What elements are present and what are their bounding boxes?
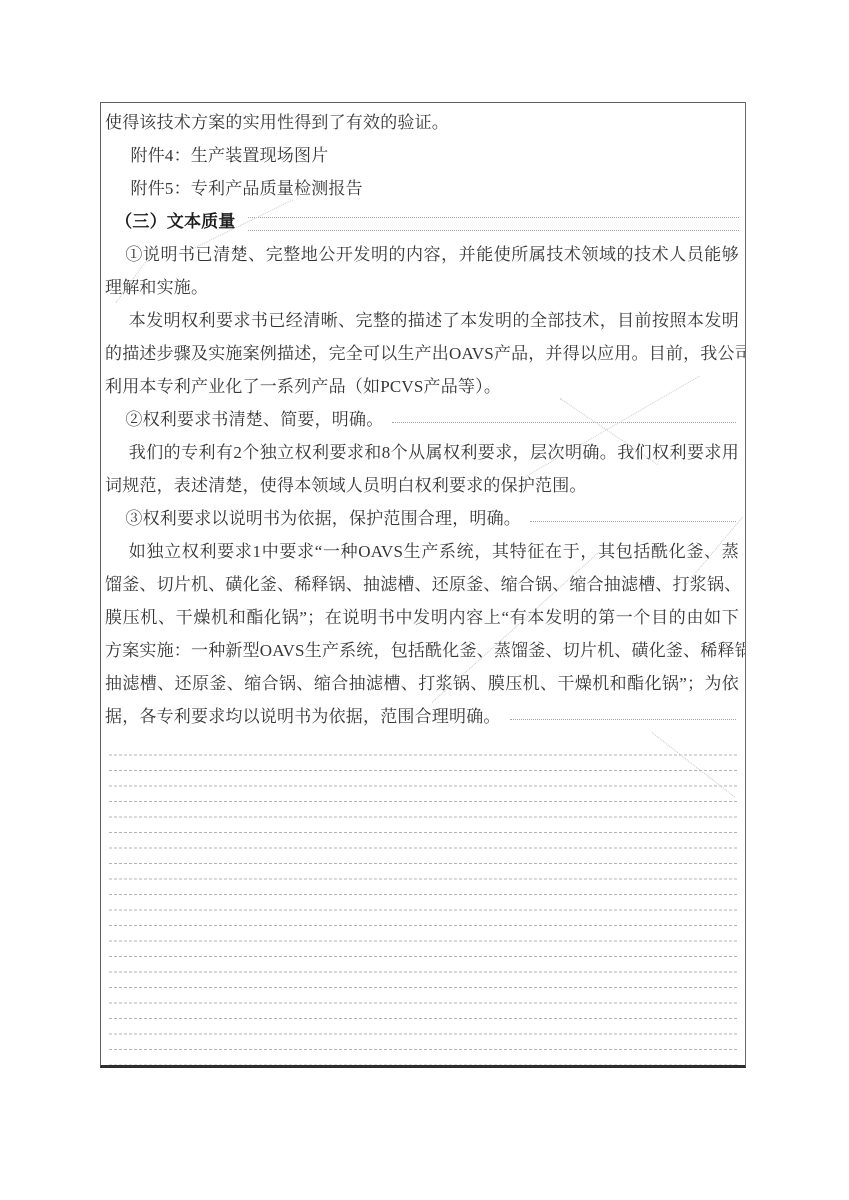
text-line-text: 的描述步骤及实施案例描述，完全可以生产出OAVS产品，并得以应用。目前，我公司	[105, 337, 746, 370]
dotted-rule-trail	[392, 422, 736, 423]
text-line: 抽滤槽、还原釜、缩合锅、缩合抽滤槽、打浆锅、膜压机、干燥机和酯化锅”；为依	[105, 667, 739, 700]
text-line: 的描述步骤及实施案例描述，完全可以生产出OAVS产品，并得以应用。目前，我公司	[105, 337, 739, 370]
text-line-text: 词规范，表述清楚，使得本领域人员明白权利要求的保护范围。	[105, 469, 587, 502]
text-line-text: 附件5：专利产品质量检测报告	[105, 172, 363, 205]
text-line: ③权利要求以说明书为依据，保护范围合理，明确。	[105, 502, 739, 535]
dotted-rule-trail	[530, 521, 736, 522]
text-line: 据，各专利要求均以说明书为依据，范围合理明确。	[105, 700, 739, 733]
text-line-text: 使得该技术方案的实用性得到了有效的验证。	[105, 106, 449, 139]
text-line: 使得该技术方案的实用性得到了有效的验证。	[105, 106, 739, 139]
text-content: 使得该技术方案的实用性得到了有效的验证。附件4：生产装置现场图片附件5：专利产品…	[105, 106, 739, 733]
text-line-text: 利用本专利产业化了一系列产品（如PCVS产品等）。	[105, 370, 501, 403]
document-page: 使得该技术方案的实用性得到了有效的验证。附件4：生产装置现场图片附件5：专利产品…	[0, 0, 849, 1200]
text-line: 方案实施：一种新型OAVS生产系统，包括酰化釜、蒸馏釜、切片机、磺化釜、稀释锅、	[105, 634, 739, 667]
text-line: （三）文本质量	[105, 205, 739, 238]
text-line: 馏釜、切片机、磺化釜、稀释锅、抽滤槽、还原釜、缩合锅、缩合抽滤槽、打浆锅、	[105, 568, 739, 601]
text-line-text: 方案实施：一种新型OAVS生产系统，包括酰化釜、蒸馏釜、切片机、磺化釜、稀释锅、	[105, 634, 746, 667]
text-line-text: ②权利要求书清楚、简要，明确。	[105, 403, 383, 436]
text-line: 我们的专利有2个独立权利要求和8个从属权利要求，层次明确。我们权利要求用	[105, 436, 739, 469]
text-line-text: 据，各专利要求均以说明书为依据，范围合理明确。	[105, 700, 501, 733]
text-line-text: ③权利要求以说明书为依据，保护范围合理，明确。	[105, 502, 521, 535]
text-line-text: 本发明权利要求书已经清晰、完整的描述了本发明的全部技术，目前按照本发明	[105, 304, 739, 337]
text-line: ②权利要求书清楚、简要，明确。	[105, 403, 739, 436]
text-line-text: ①说明书已清楚、完整地公开发明的内容，并能使所属技术领域的技术人员能够	[105, 238, 739, 271]
text-line: 膜压机、干燥机和酯化锅”；在说明书中发明内容上“有本发明的第一个目的由如下	[105, 601, 739, 634]
ruled-blank-lines	[107, 740, 739, 1066]
text-line: 理解和实施。	[105, 271, 739, 304]
text-line-text: 抽滤槽、还原釜、缩合锅、缩合抽滤槽、打浆锅、膜压机、干燥机和酯化锅”；为依	[105, 667, 739, 700]
text-line-text: 馏釜、切片机、磺化釜、稀释锅、抽滤槽、还原釜、缩合锅、缩合抽滤槽、打浆锅、	[105, 568, 741, 601]
text-line-text: 我们的专利有2个独立权利要求和8个从属权利要求，层次明确。我们权利要求用	[105, 436, 739, 469]
form-table-cell: 使得该技术方案的实用性得到了有效的验证。附件4：生产装置现场图片附件5：专利产品…	[100, 102, 746, 1068]
text-line: 词规范，表述清楚，使得本领域人员明白权利要求的保护范围。	[105, 469, 739, 502]
text-line: 如独立权利要求1中要求“一种OAVS生产系统，其特征在于，其包括酰化釜、蒸	[105, 535, 739, 568]
text-line-text: 如独立权利要求1中要求“一种OAVS生产系统，其特征在于，其包括酰化釜、蒸	[105, 535, 739, 568]
text-line-text: （三）文本质量	[105, 205, 236, 238]
text-line: 附件4：生产装置现场图片	[105, 139, 739, 172]
text-line: 附件5：专利产品质量检测报告	[105, 172, 739, 205]
dotted-rule-trail	[248, 217, 739, 231]
dotted-rule-trail	[510, 719, 736, 720]
text-line-text: 附件4：生产装置现场图片	[105, 139, 328, 172]
text-line: 利用本专利产业化了一系列产品（如PCVS产品等）。	[105, 370, 739, 403]
text-line: ①说明书已清楚、完整地公开发明的内容，并能使所属技术领域的技术人员能够	[105, 238, 739, 271]
text-line-text: 理解和实施。	[105, 271, 208, 304]
text-line-text: 膜压机、干燥机和酯化锅”；在说明书中发明内容上“有本发明的第一个目的由如下	[105, 601, 739, 634]
text-line: 本发明权利要求书已经清晰、完整的描述了本发明的全部技术，目前按照本发明	[105, 304, 739, 337]
